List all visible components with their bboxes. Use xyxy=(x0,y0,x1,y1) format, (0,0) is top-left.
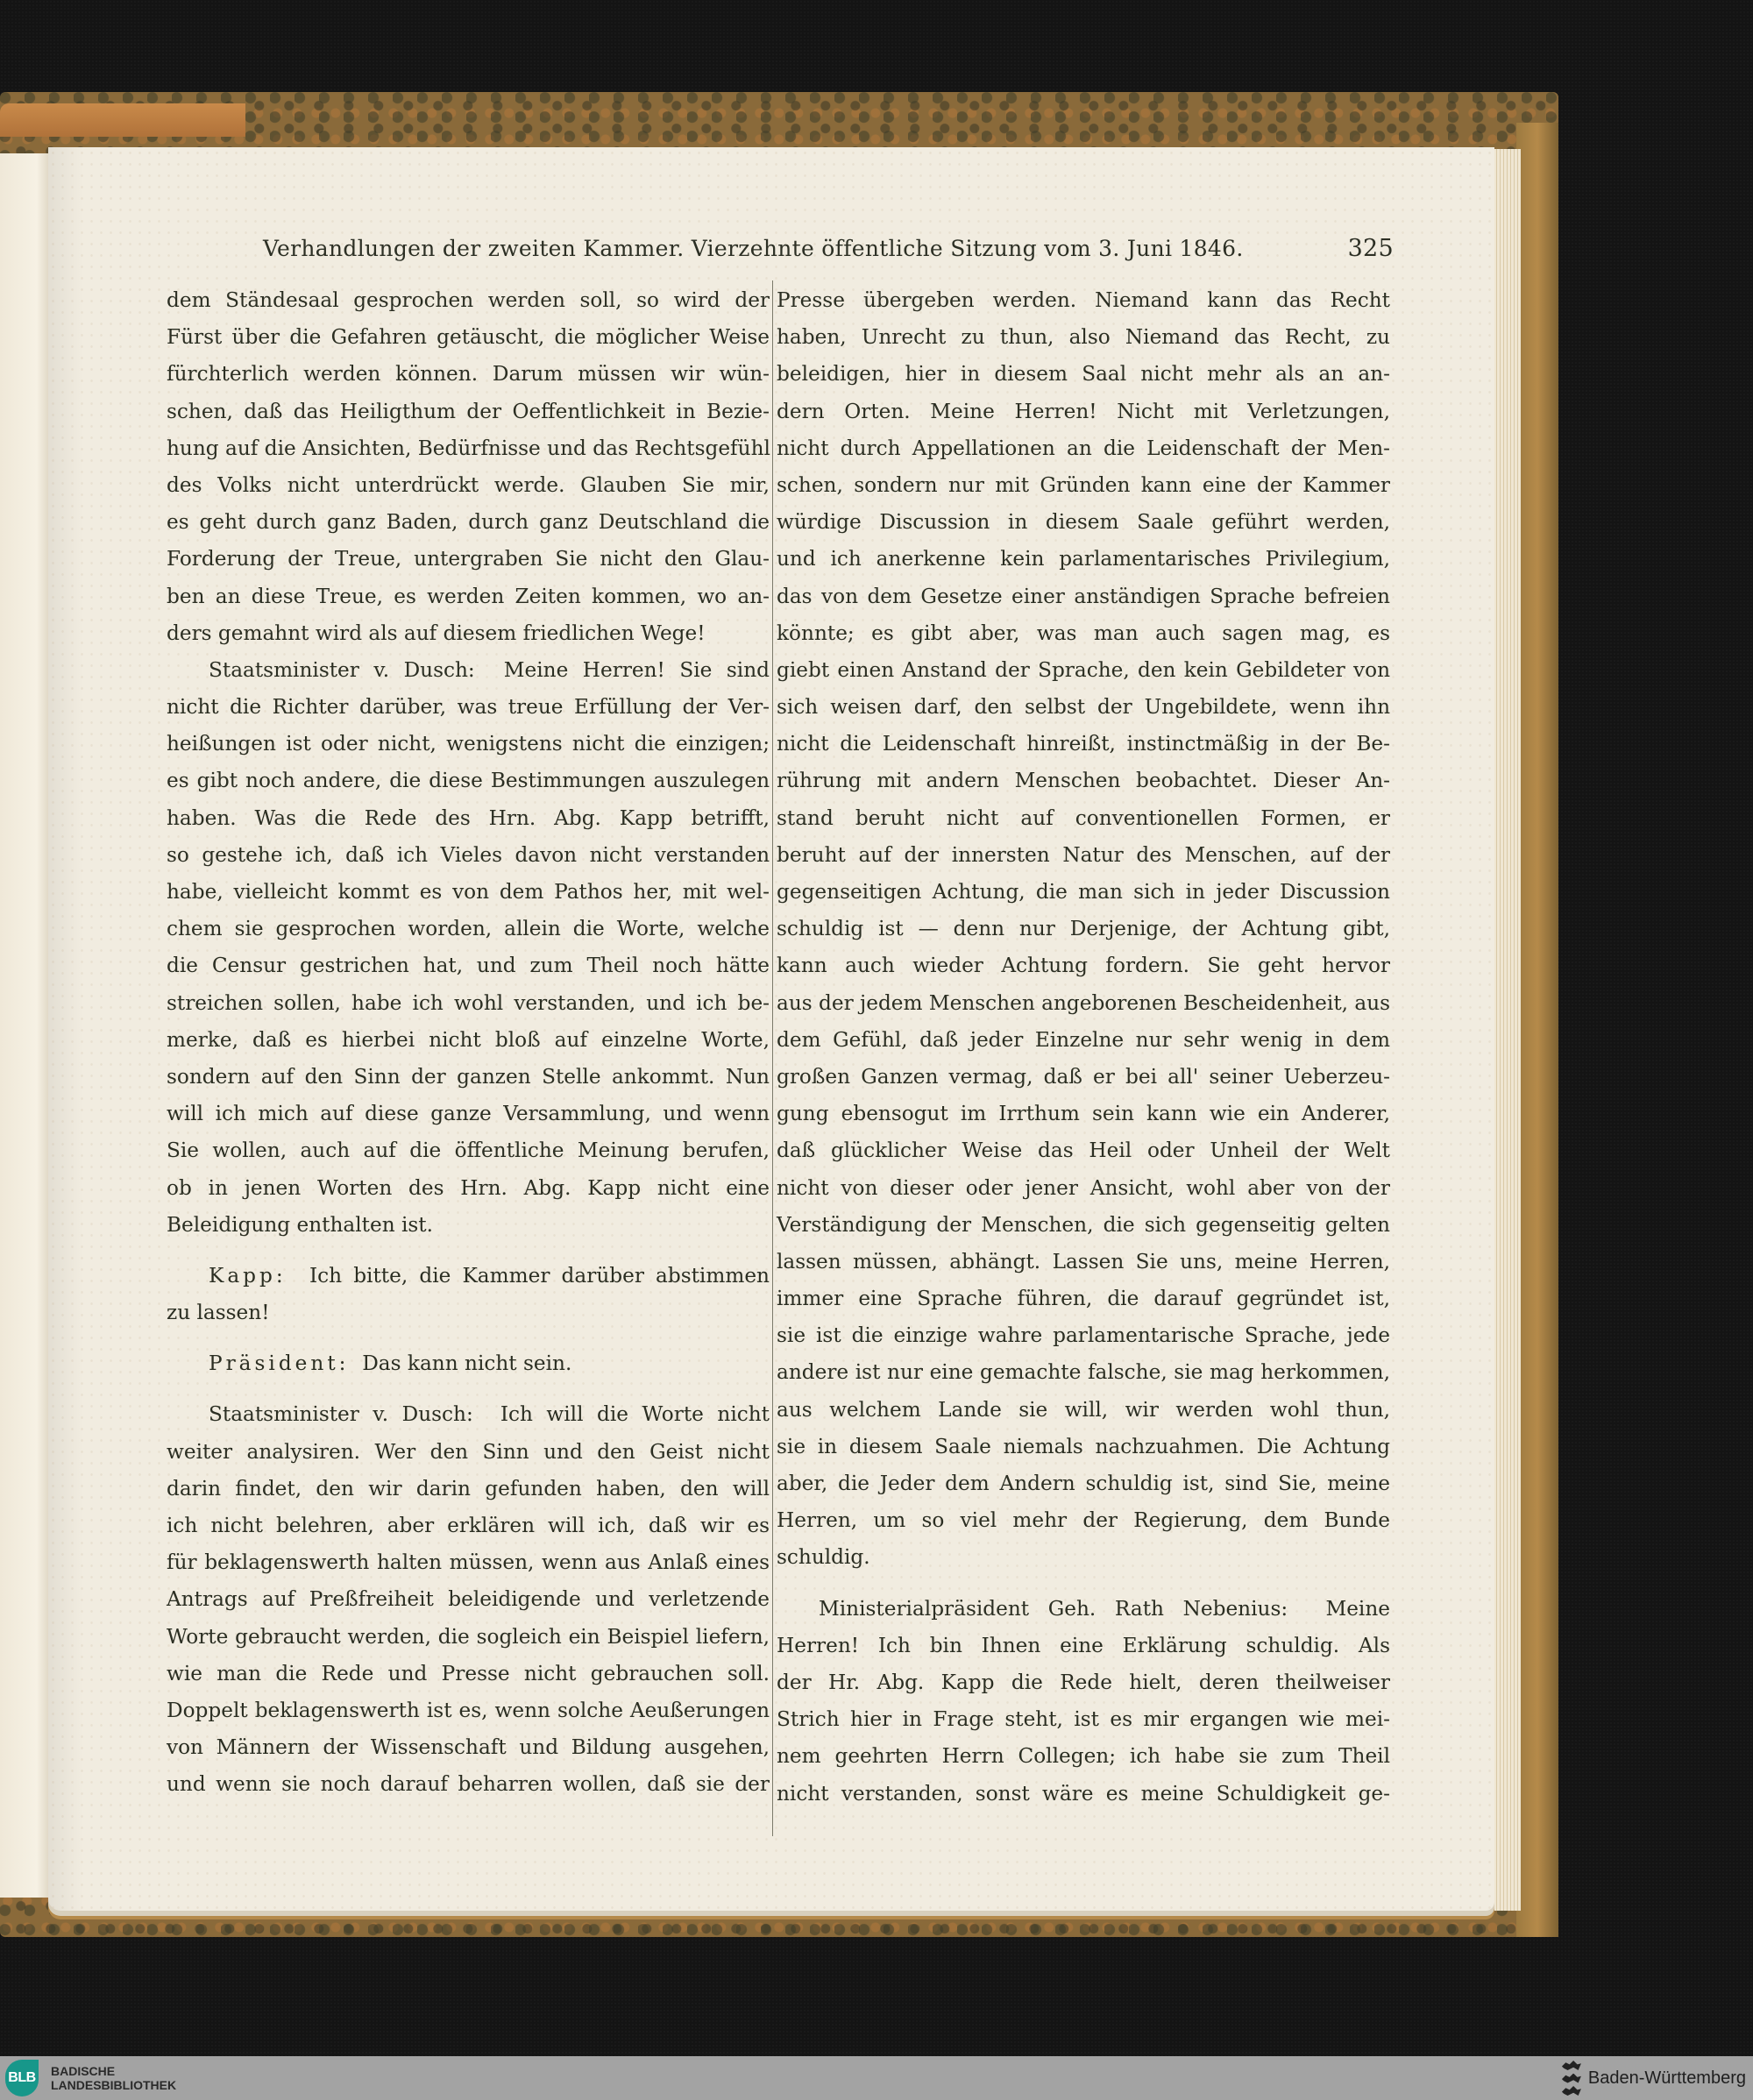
text-line: aus welchem Lande sie will, wir werden w… xyxy=(777,1392,1390,1429)
text-line: so gestehe ich, daß ich Vieles davon nic… xyxy=(167,837,770,874)
text-line: nem geehrten Herrn Collegen; ich habe si… xyxy=(777,1738,1390,1775)
library-name: BADISCHE LANDESBIBLIOTHEK xyxy=(51,2064,176,2092)
speech-dusch-2: Staatsminister v. Dusch: Ich will die Wo… xyxy=(167,1396,770,1803)
text-line: dem Ständesaal gesprochen werden soll, s… xyxy=(167,282,770,319)
text-line: Fürst über die Gefahren getäuscht, die m… xyxy=(167,319,770,356)
text-line: sondern auf den Sinn der ganzen Stelle a… xyxy=(167,1059,770,1096)
text-line: würdige Discussion in diesem Saale gefüh… xyxy=(777,504,1390,541)
three-lions-icon xyxy=(1562,2061,1581,2096)
text-line: Worte gebraucht werden, die sogleich ein… xyxy=(167,1619,770,1656)
text-line: beruht auf der innersten Natur des Mensc… xyxy=(777,837,1390,874)
text-line: kann auch wieder Achtung fordern. Sie ge… xyxy=(777,947,1390,984)
text-line: ders gemahnt wird als auf diesem friedli… xyxy=(167,615,770,652)
text-line: nicht die Leidenschaft hinreißt, instinc… xyxy=(777,726,1390,763)
text-line: giebt einen Anstand der Sprache, den kei… xyxy=(777,652,1390,689)
text-line: immer eine Sprache führen, die darauf ge… xyxy=(777,1281,1390,1317)
text-line: großen Ganzen vermag, daß er bei all' se… xyxy=(777,1059,1390,1096)
text-line: dem Gefühl, daß jeder Einzelne nur sehr … xyxy=(777,1022,1390,1059)
text-line: Strich hier in Frage steht, ist es mir e… xyxy=(777,1701,1390,1738)
text-line: weiter analysiren. Wer den Sinn und den … xyxy=(167,1434,770,1471)
speech-kapp: Kapp: Ich bitte, die Kammer darüber abst… xyxy=(167,1258,770,1331)
text-line: aus der jedem Menschen angeborenen Besch… xyxy=(777,985,1390,1022)
text-line: Staatsminister v. Dusch: Ich will die Wo… xyxy=(167,1396,770,1433)
speaker-name: Präsident: xyxy=(209,1352,349,1375)
text-line: schuldig. xyxy=(777,1539,1390,1576)
text-line: sie in diesem Saale niemals nachzuahmen.… xyxy=(777,1429,1390,1465)
speech-nebenius: Ministerialpräsident Geh. Rath Nebenius:… xyxy=(777,1591,1390,1813)
text-line: nicht verstanden, sonst wäre es meine Sc… xyxy=(777,1776,1390,1813)
text-line: Herren! Ich bin Ihnen eine Erklärung sch… xyxy=(777,1628,1390,1664)
text-line: Kapp: Ich bitte, die Kammer darüber abst… xyxy=(167,1258,770,1295)
text-line: heißungen ist oder nicht, wenigstens nic… xyxy=(167,726,770,763)
text-line: Beleidigung enthalten ist. xyxy=(167,1207,770,1244)
text-line: zu lassen! xyxy=(167,1295,770,1331)
text-line: haben, Unrecht zu thun, also Niemand das… xyxy=(777,319,1390,356)
text-line: könnte; es gibt aber, was man auch sagen… xyxy=(777,615,1390,652)
left-column: dem Ständesaal gesprochen werden soll, s… xyxy=(167,282,770,1804)
text-line: des Volks nicht unterdrückt werde. Glaub… xyxy=(167,467,770,504)
text-line: Präsident: Das kann nicht sein. xyxy=(167,1345,770,1382)
text-line: andere ist nur eine gemachte falsche, si… xyxy=(777,1354,1390,1391)
text-line: Herren, um so viel mehr der Regierung, d… xyxy=(777,1502,1390,1539)
text-line: wie man die Rede und Presse nicht gebrau… xyxy=(167,1656,770,1692)
text-line: das von dem Gesetze einer anständigen Sp… xyxy=(777,578,1390,615)
text-line: streichen sollen, habe ich wohl verstand… xyxy=(167,985,770,1022)
page-stack-edge xyxy=(1490,149,1521,1911)
facing-page-sliver xyxy=(0,153,53,1898)
text-line: Sie wollen, auch auf die öffentliche Mei… xyxy=(167,1132,770,1169)
text-line: Forderung der Treue, untergraben Sie nic… xyxy=(167,541,770,578)
blb-logo-icon: BLB xyxy=(5,2060,39,2096)
paragraph-continuation: Presse übergeben werden. Niemand kann da… xyxy=(777,282,1390,1577)
text-line: es gibt noch andere, die diese Bestimmun… xyxy=(167,763,770,799)
footer-bar: BLB BADISCHE LANDESBIBLIOTHEK Baden-Würt… xyxy=(0,2056,1753,2100)
text-line: darin findet, den wir darin gefunden hab… xyxy=(167,1471,770,1508)
text-line: schen, daß das Heiligthum der Oeffentlic… xyxy=(167,394,770,430)
text-line: hung auf die Ansichten, Bedürfnisse und … xyxy=(167,430,770,467)
speech-president: Präsident: Das kann nicht sein. xyxy=(167,1345,770,1382)
text-line: fürchterlich werden können. Darum müssen… xyxy=(167,356,770,393)
right-column: Presse übergeben werden. Niemand kann da… xyxy=(777,282,1390,1813)
text-line: nicht die Richter darüber, was treue Erf… xyxy=(167,689,770,726)
page-number: 325 xyxy=(1348,235,1394,262)
text-line: von Männern der Wissenschaft und Bildung… xyxy=(167,1729,770,1766)
text-line: chem sie gesprochen worden, allein die W… xyxy=(167,911,770,947)
book-spine-leather xyxy=(0,103,245,137)
speech-dusch-1: Staatsminister v. Dusch: Meine Herren! S… xyxy=(167,652,770,1244)
text-line: dern Orten. Meine Herren! Nicht mit Verl… xyxy=(777,394,1390,430)
speaker-name: Staatsminister v. Dusch: xyxy=(209,1402,473,1426)
text-line: Presse übergeben werden. Niemand kann da… xyxy=(777,282,1390,319)
text-line: ob in jenen Worten des Hrn. Abg. Kapp ni… xyxy=(167,1170,770,1207)
speaker-name: Ministerialpräsident Geh. Rath Nebenius: xyxy=(819,1597,1288,1621)
text-line: für beklagenswerth halten müssen, wenn a… xyxy=(167,1544,770,1581)
paragraph-continuation: dem Ständesaal gesprochen werden soll, s… xyxy=(167,282,770,652)
text-line: ben an diese Treue, es werden Zeiten kom… xyxy=(167,578,770,615)
text-line: Antrags auf Preßfreiheit beleidigende un… xyxy=(167,1581,770,1618)
column-divider xyxy=(772,280,773,1836)
text-line: und wenn sie noch darauf beharren wollen… xyxy=(167,1766,770,1803)
book-cover-edge xyxy=(1516,123,1558,1937)
text-line: aber, die Jeder dem Andern schuldig ist,… xyxy=(777,1465,1390,1502)
speaker-name: Staatsminister v. Dusch: xyxy=(209,658,475,682)
text-line: sich weisen darf, den selbst der Ungebil… xyxy=(777,689,1390,726)
text-line: rührung mit andern Menschen beobachtet. … xyxy=(777,763,1390,799)
text-line: gung ebensogut im Irrthum sein kann wie … xyxy=(777,1096,1390,1132)
text-line: ich nicht belehren, aber erklären will i… xyxy=(167,1508,770,1544)
text-line: schuldig ist — denn nur Derjenige, der A… xyxy=(777,911,1390,947)
text-line: habe, vielleicht kommt es von dem Pathos… xyxy=(167,874,770,911)
text-line: will ich mich auf diese ganze Versammlun… xyxy=(167,1096,770,1132)
text-line: es geht durch ganz Baden, durch ganz Deu… xyxy=(167,504,770,541)
text-line: Ministerialpräsident Geh. Rath Nebenius:… xyxy=(777,1591,1390,1628)
text-line: stand beruht nicht auf conventionellen F… xyxy=(777,800,1390,837)
text-line: und ich anerkenne kein parlamentarisches… xyxy=(777,541,1390,578)
text-line: Verständigung der Menschen, die sich geg… xyxy=(777,1207,1390,1244)
text-line: Doppelt beklagenswerth ist es, wenn solc… xyxy=(167,1692,770,1729)
text-line: merke, daß es hierbei nicht bloß auf ein… xyxy=(167,1022,770,1059)
baden-wuerttemberg-logo-link[interactable]: Baden-Württemberg xyxy=(1562,2061,1746,2096)
text-line: nicht durch Appellationen an die Leidens… xyxy=(777,430,1390,467)
text-line: Staatsminister v. Dusch: Meine Herren! S… xyxy=(167,652,770,689)
state-name: Baden-Württemberg xyxy=(1588,2068,1746,2089)
text-line: lassen müssen, abhängt. Lassen Sie uns, … xyxy=(777,1244,1390,1281)
text-line: sie ist die einzige wahre parlamentarisc… xyxy=(777,1317,1390,1354)
running-header: Verhandlungen der zweiten Kammer. Vierze… xyxy=(263,235,1394,270)
text-line: gegenseitigen Achtung, die man sich in j… xyxy=(777,874,1390,911)
speaker-name: Kapp: xyxy=(209,1264,287,1288)
text-line: schen, sondern nur mit Gründen kann eine… xyxy=(777,467,1390,504)
text-line: nicht von dieser oder jener Ansicht, woh… xyxy=(777,1170,1390,1207)
blb-logo-link[interactable]: BLB BADISCHE LANDESBIBLIOTHEK xyxy=(5,2060,176,2096)
text-line: der Hr. Abg. Kapp die Rede hielt, deren … xyxy=(777,1664,1390,1701)
text-line: haben. Was die Rede des Hrn. Abg. Kapp b… xyxy=(167,800,770,837)
text-line: die Censur gestrichen hat, und zum Theil… xyxy=(167,947,770,984)
text-line: daß glücklicher Weise das Heil oder Unhe… xyxy=(777,1132,1390,1169)
text-line: beleidigen, hier in diesem Saal nicht me… xyxy=(777,356,1390,393)
running-title: Verhandlungen der zweiten Kammer. Vierze… xyxy=(263,236,1244,261)
